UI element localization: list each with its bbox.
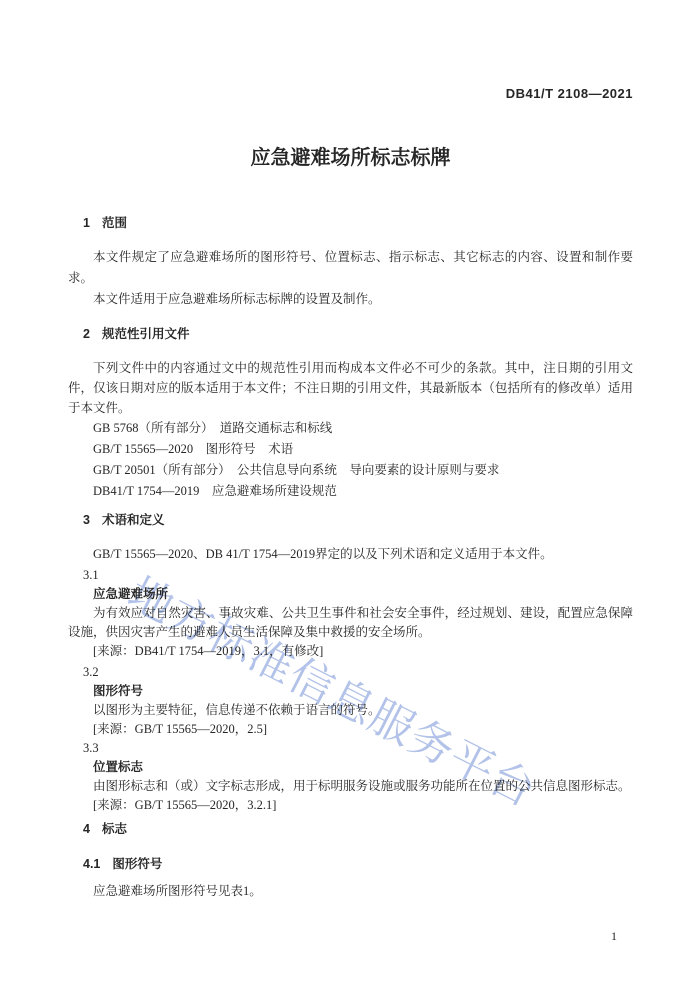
- clause-3-heading: 3术语和定义: [68, 510, 633, 531]
- term-source: [来源：GB/T 15565—2020，3.2.1]: [68, 796, 633, 815]
- clause-4-1-title: 图形符号: [112, 857, 162, 871]
- clause-2-title: 规范性引用文件: [102, 327, 190, 341]
- clause-4-number: 4: [83, 822, 90, 836]
- term-source: [来源：DB41/T 1754—2019，3.1，有修改]: [68, 642, 633, 661]
- clause-2-number: 2: [83, 327, 90, 341]
- terms-intro-paragraph: GB/T 15565—2020、DB 41/T 1754—2019界定的以及下列…: [68, 545, 633, 564]
- clause-4-title: 标志: [102, 822, 127, 836]
- term-definition: 以图形为主要特征，信息传递不依赖于语言的符号。: [68, 701, 633, 720]
- reference-item: DB41/T 1754—2019 应急避难场所建设规范: [68, 481, 633, 502]
- term-block: 3.2 图形符号 以图形为主要特征，信息传递不依赖于语言的符号。 [来源：GB/…: [68, 663, 633, 739]
- term-definition: 由图形标志和（或）文字标志形成，用于标明服务设施或服务功能所在位置的公共信息图形…: [68, 777, 633, 796]
- reference-item: GB/T 15565—2020 图形符号 术语: [68, 439, 633, 460]
- signs-paragraph: 应急避难场所图形符号见表1。: [68, 881, 633, 902]
- clause-4-1-number: 4.1: [83, 857, 100, 871]
- term-definition: 为有效应对自然灾害、事故灾难、公共卫生事件和社会安全事件，经过规划、建设，配置应…: [68, 604, 633, 642]
- references-list: GB 5768（所有部分） 道路交通标志和标线 GB/T 15565—2020 …: [68, 418, 633, 502]
- term-block: 3.3 位置标志 由图形标志和（或）文字标志形成，用于标明服务设施或服务功能所在…: [68, 739, 633, 815]
- reference-item: GB/T 20501（所有部分） 公共信息导向系统 导向要素的设计原则与要求: [68, 460, 633, 481]
- scope-paragraph-1: 本文件规定了应急避难场所的图形符号、位置标志、指示标志、其它标志的内容、设置和制…: [68, 247, 633, 289]
- reference-item: GB 5768（所有部分） 道路交通标志和标线: [68, 418, 633, 439]
- term-number: 3.3: [68, 739, 633, 758]
- terms-section: 3.1 应急避难场所 为有效应对自然灾害、事故灾难、公共卫生事件和社会安全事件，…: [68, 566, 633, 815]
- page-content: DB41/T 2108—2021 应急避难场所标志标牌 1范围 本文件规定了应急…: [68, 0, 633, 943]
- clause-4-heading: 4标志: [68, 819, 633, 840]
- term-source: [来源：GB/T 15565—2020，2.5]: [68, 720, 633, 739]
- document-title: 应急避难场所标志标牌: [68, 145, 633, 171]
- normative-intro-paragraph: 下列文件中的内容通过文中的规范性引用而构成本文件必不可少的条款。其中，注日期的引…: [68, 358, 633, 418]
- term-block: 3.1 应急避难场所 为有效应对自然灾害、事故灾难、公共卫生事件和社会安全事件，…: [68, 566, 633, 661]
- clause-2-heading: 2规范性引用文件: [68, 324, 633, 345]
- clause-3-number: 3: [83, 513, 90, 527]
- clause-4-1-heading: 4.1图形符号: [68, 854, 633, 875]
- term-number: 3.1: [68, 566, 633, 585]
- standard-number-header: DB41/T 2108—2021: [68, 87, 633, 100]
- clause-1-title: 范围: [102, 216, 127, 230]
- page-number: 1: [68, 929, 633, 943]
- term-name: 位置标志: [68, 758, 633, 777]
- term-number: 3.2: [68, 663, 633, 682]
- clause-1-heading: 1范围: [68, 213, 633, 234]
- scope-paragraph-2: 本文件适用于应急避难场所标志标牌的设置及制作。: [68, 289, 633, 310]
- clause-1-number: 1: [83, 216, 90, 230]
- clause-3-title: 术语和定义: [102, 513, 165, 527]
- term-name: 应急避难场所: [68, 585, 633, 604]
- term-name: 图形符号: [68, 682, 633, 701]
- document-page: 地方标准信息服务平台 DB41/T 2108—2021 应急避难场所标志标牌 1…: [0, 0, 700, 989]
